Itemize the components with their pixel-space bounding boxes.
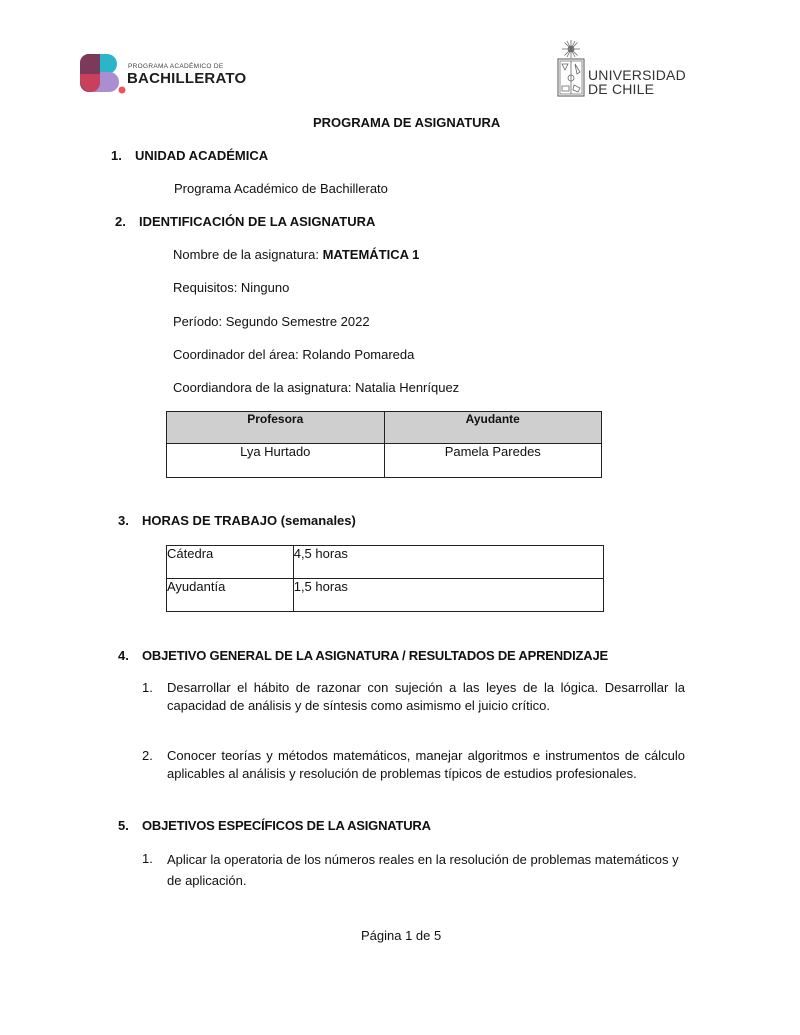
section-1-heading: UNIDAD ACADÉMICA (135, 148, 268, 164)
section-2-heading: IDENTIFICACIÓN DE LA ASIGNATURA (139, 214, 375, 230)
section-4-heading: OBJETIVO GENERAL DE LA ASIGNATURA / RESU… (142, 648, 608, 664)
bachillerato-logo: PROGRAMA ACADÉMICO DE BACHILLERATO (80, 54, 250, 96)
objective-1-text: Desarrollar el hábito de razonar con suj… (167, 679, 685, 715)
logo-title: BACHILLERATO (127, 70, 246, 87)
table-row: Ayudantía 1,5 horas (167, 579, 604, 612)
hours-label-catedra: Cátedra (167, 546, 294, 579)
area-coordinator: Coordinador del área: Rolando Pomareda (173, 347, 414, 363)
subject-name-label: Nombre de la asignatura: (173, 247, 323, 262)
staff-cell-ayudante: Pamela Paredes (384, 444, 602, 478)
staff-header-profesora: Profesora (167, 412, 385, 444)
section-5-heading: OBJETIVOS ESPECÍFICOS DE LA ASIGNATURA (142, 818, 431, 834)
subject-coordinator: Coordiandora de la asignatura: Natalia H… (173, 380, 459, 396)
hours-table: Cátedra 4,5 horas Ayudantía 1,5 horas (166, 545, 604, 612)
hours-label-ayudantia: Ayudantía (167, 579, 294, 612)
section-5-number: 5. (118, 818, 129, 834)
section-1-number: 1. (111, 148, 122, 164)
staff-table-header: Profesora Ayudante (167, 412, 602, 444)
section-3-number: 3. (118, 513, 129, 529)
requirements: Requisitos: Ninguno (173, 280, 289, 296)
table-row: Cátedra 4,5 horas (167, 546, 604, 579)
section-1-body: Programa Académico de Bachillerato (174, 181, 388, 197)
specific-objective-1-number: 1. (142, 851, 153, 867)
university-name: UNIVERSIDAD DE CHILE (588, 68, 686, 96)
bachillerato-b-icon (80, 54, 128, 96)
staff-cell-profesora: Lya Hurtado (167, 444, 385, 478)
section-3-heading-line: HORAS DE TRABAJO (semanales) (142, 513, 356, 529)
section-4-number: 4. (118, 648, 129, 664)
period: Período: Segundo Semestre 2022 (173, 314, 370, 330)
logo-subtitle: PROGRAMA ACADÉMICO DE (128, 63, 224, 70)
objective-2-number: 2. (142, 748, 153, 764)
university-name-line2: DE CHILE (588, 82, 686, 96)
university-coat-of-arms-icon (556, 40, 586, 98)
document-title: PROGRAMA DE ASIGNATURA (313, 115, 500, 131)
objective-2-text: Conocer teorías y métodos matemáticos, m… (167, 747, 685, 783)
specific-objective-1-text: Aplicar la operatoria de los números rea… (167, 849, 685, 891)
university-name-line1: UNIVERSIDAD (588, 68, 686, 82)
page-number: Página 1 de 5 (361, 928, 441, 944)
subject-name-line: Nombre de la asignatura: MATEMÁTICA 1 (173, 247, 419, 263)
section-3-heading-suffix: (semanales) (277, 513, 356, 528)
subject-name-value: MATEMÁTICA 1 (323, 247, 420, 262)
section-3-heading: HORAS DE TRABAJO (142, 513, 277, 528)
staff-table: Profesora Ayudante Lya Hurtado Pamela Pa… (166, 411, 602, 478)
hours-value-catedra: 4,5 horas (293, 546, 603, 579)
section-2-number: 2. (115, 214, 126, 230)
objective-1-number: 1. (142, 680, 153, 696)
universidad-de-chile-logo: UNIVERSIDAD DE CHILE (556, 40, 696, 100)
table-row: Lya Hurtado Pamela Paredes (167, 444, 602, 478)
staff-header-ayudante: Ayudante (384, 412, 602, 444)
hours-value-ayudantia: 1,5 horas (293, 579, 603, 612)
